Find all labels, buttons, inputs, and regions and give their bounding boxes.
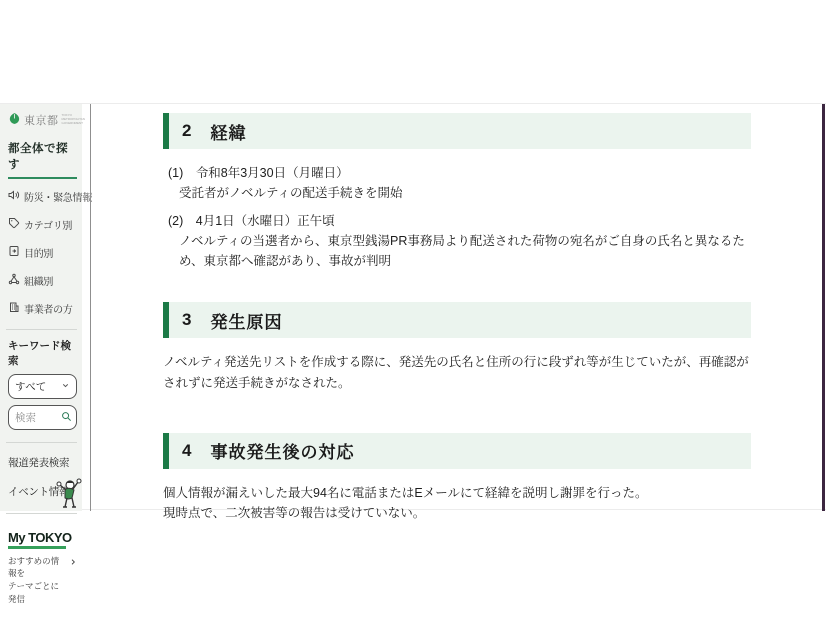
keyword-search-label: キーワード検索 [8, 338, 77, 368]
tag-icon [8, 217, 20, 232]
search-scope-select[interactable]: すべて [8, 374, 77, 399]
section-title: 発生原因 [210, 308, 282, 333]
sidebar-divider [6, 329, 77, 330]
section-title: 経緯 [210, 119, 246, 144]
press-release-search-link[interactable]: 報道発表検索 [8, 455, 77, 470]
building-icon [8, 301, 20, 316]
window-right-edge [822, 104, 825, 511]
sidebar-item-label: 目的別 [24, 245, 53, 260]
logo-name: 東京都 [24, 112, 59, 128]
sidebar-item-category[interactable]: カテゴリ別 [8, 217, 77, 232]
timeline-item-label: (1) 令和8年3月30日（月曜日） [168, 163, 751, 183]
document-icon [8, 245, 20, 260]
section-header: 4 事故発生後の対応 [163, 433, 751, 469]
mytokyo-desc-line2: テーマごとに発信 [8, 581, 59, 604]
paragraph: 個人情報が漏えいした最大94名に電話またはEメールにて経緯を説明し謝罪を行った。 [163, 483, 751, 503]
chevron-down-icon [61, 381, 70, 393]
section-number: 4 [182, 441, 191, 461]
tokyo-logo[interactable]: 東京都 TOKYO METROPOLITAN GOVERNMENT [8, 112, 77, 128]
section-body: 個人情報が漏えいした最大94名に電話またはEメールにて経緯を説明し謝罪を行った。… [163, 483, 751, 524]
paragraph: ノベルティ発送先リストを作成する際に、発送先の氏名と住所の行に段ずれ等が生じてい… [163, 352, 751, 393]
main-content: 2 経緯 (1) 令和8年3月30日（月曜日） 受託者がノベルティの配送手続きを… [163, 113, 751, 523]
sidebar-item-organization[interactable]: 組織別 [8, 273, 77, 288]
sidebar-item-label: 防災・緊急情報 [24, 189, 92, 204]
sidebar-divider [6, 442, 77, 443]
search-scope-value: すべて [15, 379, 46, 394]
sidebar-divider [6, 513, 77, 514]
ginkgo-leaf-icon [8, 112, 21, 128]
section-body: (1) 令和8年3月30日（月曜日） 受託者がノベルティの配送手続きを開始 (2… [163, 163, 751, 271]
logo-caption: TOKYO METROPOLITAN GOVERNMENT [62, 114, 78, 126]
section-jiko-taio: 4 事故発生後の対応 個人情報が漏えいした最大94名に電話またはEメールにて経緯… [163, 433, 751, 524]
mytokyo-description[interactable]: おすすめの情報を テーマごとに発信 [8, 555, 77, 606]
timeline-item-body: 受託者がノベルティの配送手続きを開始 [168, 183, 751, 203]
search-icon[interactable] [61, 411, 72, 425]
sidebar-nav: 防災・緊急情報 カテゴリ別 目的別 [8, 189, 77, 316]
section-number: 2 [182, 121, 191, 141]
megaphone-icon [8, 189, 20, 204]
sidebar: 東京都 TOKYO METROPOLITAN GOVERNMENT 都全体で探す… [0, 104, 82, 511]
search-input[interactable] [15, 412, 59, 424]
mytokyo-block: My TOKYO おすすめの情報を テーマごとに発信 [8, 530, 77, 606]
section-body: ノベルティ発送先リストを作成する際に、発送先の氏名と住所の行に段ずれ等が生じてい… [163, 352, 751, 393]
org-chart-icon [8, 273, 20, 288]
sidebar-item-disaster-emergency[interactable]: 防災・緊急情報 [8, 189, 77, 204]
chevron-right-icon [69, 557, 77, 570]
scope-title: 都全体で探す [8, 140, 77, 172]
page-viewport: 東京都 TOKYO METROPOLITAN GOVERNMENT 都全体で探す… [0, 103, 826, 510]
mytokyo-logo[interactable]: My TOKYO [8, 530, 72, 545]
sidebar-main-divider [90, 104, 91, 511]
scope-title-underline [8, 177, 77, 179]
mytokyo-desc-line1: おすすめの情報を [8, 556, 59, 579]
timeline-item-body: ノベルティの当選者から、東京型銭湯PR事務局より配送された荷物の宛名がご自身の氏… [168, 231, 751, 272]
timeline-item: (1) 令和8年3月30日（月曜日） 受託者がノベルティの配送手続きを開始 [163, 163, 751, 204]
mytokyo-underline [8, 546, 66, 549]
event-mascot-illustration [53, 476, 83, 513]
section-header: 2 経緯 [163, 113, 751, 149]
section-number: 3 [182, 310, 191, 330]
section-title: 事故発生後の対応 [210, 438, 354, 463]
section-hassei-genin: 3 発生原因 ノベルティ発送先リストを作成する際に、発送先の氏名と住所の行に段ず… [163, 302, 751, 393]
section-keii: 2 経緯 (1) 令和8年3月30日（月曜日） 受託者がノベルティの配送手続きを… [163, 113, 751, 271]
sidebar-item-label: カテゴリ別 [24, 217, 72, 232]
sidebar-item-business[interactable]: 事業者の方 [8, 301, 77, 316]
timeline-item-label: (2) 4月1日（水曜日）正午頃 [168, 211, 751, 231]
timeline-item: (2) 4月1日（水曜日）正午頃 ノベルティの当選者から、東京型銭湯PR事務局よ… [163, 211, 751, 272]
sidebar-item-label: 組織別 [24, 273, 53, 288]
keyword-search-box [8, 405, 77, 430]
section-header: 3 発生原因 [163, 302, 751, 338]
paragraph: 現時点で、二次被害等の報告は受けていない。 [163, 503, 751, 523]
sidebar-item-purpose[interactable]: 目的別 [8, 245, 77, 260]
sidebar-item-label: 事業者の方 [24, 301, 73, 316]
